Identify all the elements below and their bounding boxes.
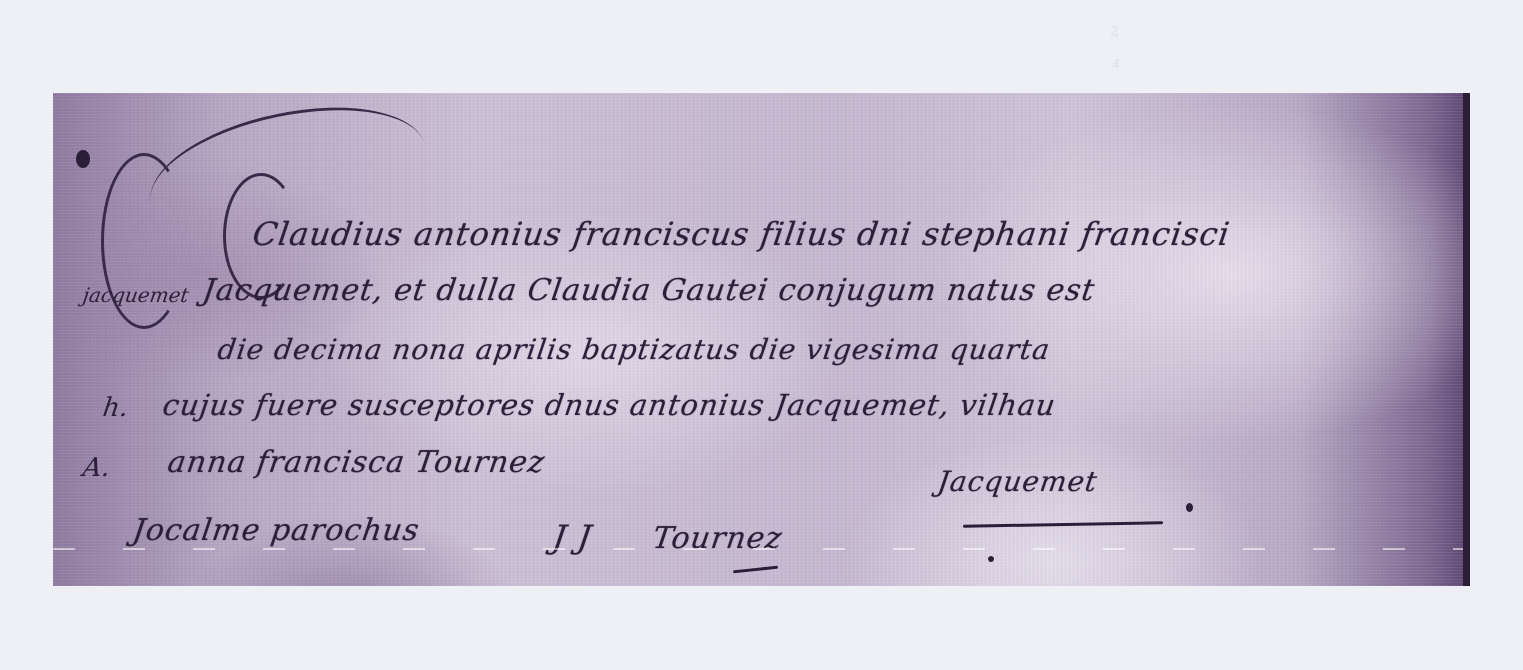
register-entry-image: Claudius antonius franciscus filius dni … bbox=[53, 93, 1470, 586]
entry-line-2: Jacquemet, et dulla Claudia Gautei conju… bbox=[201, 273, 1098, 308]
ink-spot bbox=[988, 556, 994, 562]
signature-parochus: Jocalme parochus bbox=[131, 513, 422, 548]
bleed-through-mark: ⅎ bbox=[1112, 55, 1119, 71]
margin-note-a: A. bbox=[81, 453, 112, 483]
signature-jacquemet: Jacquemet bbox=[936, 465, 1100, 498]
ink-blot bbox=[76, 150, 90, 168]
entry-line-5: anna francisca Tournez bbox=[166, 445, 548, 480]
signature-initials: J J bbox=[550, 518, 594, 556]
entry-line-4: cujus fuere susceptores dnus antonius Ja… bbox=[161, 388, 1059, 422]
entry-line-3: die decima nona aprilis baptizatus die v… bbox=[216, 333, 1053, 366]
scanned-page: Ꝝ ⅎ Claudius antonius franciscus filius … bbox=[0, 0, 1523, 670]
ink-spot bbox=[1186, 503, 1193, 512]
signature-underline bbox=[963, 521, 1163, 527]
margin-note-h: h. bbox=[101, 393, 130, 423]
bleed-through-mark: Ꝝ bbox=[1110, 22, 1119, 41]
fold-line bbox=[53, 548, 1470, 550]
signature-tournez: Tournez bbox=[651, 521, 785, 556]
signature-flourish bbox=[733, 566, 778, 574]
margin-note-name: jacquemet bbox=[81, 283, 190, 307]
entry-line-1: Claudius antonius franciscus filius dni … bbox=[250, 215, 1232, 253]
